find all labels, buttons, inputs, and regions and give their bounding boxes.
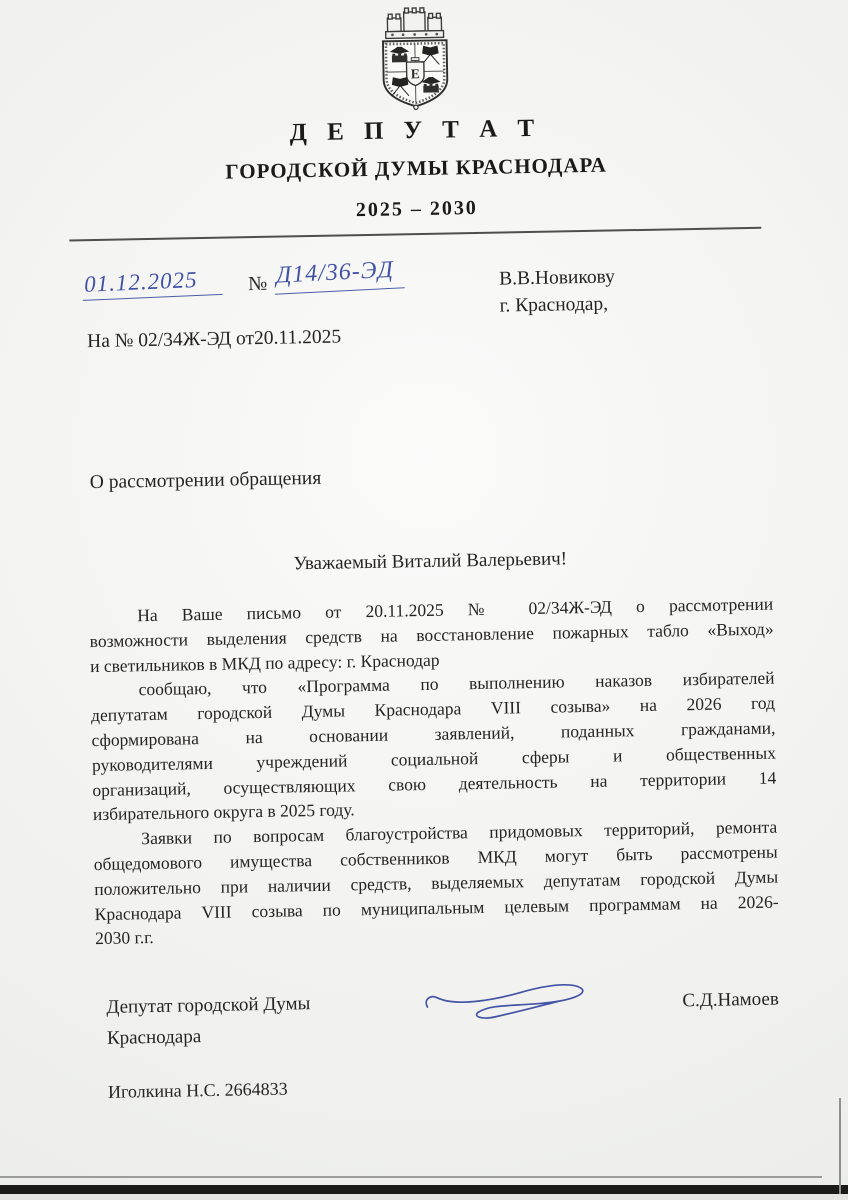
coat-of-arms-icon: Е [351, 5, 479, 113]
body-paragraph: сообщаю, что «Программа по выполнению на… [90, 666, 777, 827]
signer-role-line2: Краснодара [107, 1019, 311, 1054]
recipient-block: В.В.Новикову г. Краснодар, [499, 263, 616, 319]
signer-role: Депутат городской Думы Краснодара [106, 988, 311, 1054]
letterhead-divider [69, 227, 761, 242]
letterhead-term: 2025 – 2030 [0, 190, 841, 229]
letterhead-title: Д Е П У Т А Т [0, 109, 840, 153]
scan-artifact-horizontal-line [0, 1176, 822, 1178]
letter-content: Е Д Е П У Т А Т ГОРОДСКОЙ ДУМЫ КРАСНОДАР… [0, 0, 848, 1200]
body-paragraph: На Ваше письмо от 20.11.2025 № 02/34Ж-ЭД… [89, 592, 774, 679]
scanned-letter-page: Е Д Е П У Т А Т ГОРОДСКОЙ ДУМЫ КРАСНОДАР… [0, 0, 848, 1200]
letterhead-subtitle: ГОРОДСКОЙ ДУМЫ КРАСНОДАРА [0, 148, 840, 189]
number-sign: № [248, 273, 268, 296]
scan-artifact-right-edge [839, 1098, 841, 1194]
handwritten-date: 01.12.2025 [82, 266, 223, 301]
recipient-name: В.В.Новикову [499, 263, 615, 292]
handwritten-doc-number: Д14/36-ЭД [273, 256, 404, 294]
salutation: Уважаемый Виталий Валерьевич! [88, 545, 772, 580]
scan-artifact-bottom-margin [0, 1194, 848, 1200]
recipient-city: г. Краснодар, [499, 290, 615, 319]
body-paragraph: Заявки по вопросам благоустройства придо… [93, 815, 779, 951]
letter-body: На Ваше письмо от 20.11.2025 № 02/34Ж-ЭД… [89, 592, 779, 952]
signer-name: С.Д.Намоев [682, 989, 779, 1013]
reply-reference: На № 02/34Ж-ЭД от20.11.2025 [87, 326, 341, 353]
signer-role-line1: Депутат городской Думы [106, 988, 310, 1023]
executor-line: Иголкина Н.С. 2664833 [108, 1079, 288, 1103]
signature-stroke [419, 973, 600, 1031]
subject-line: О рассмотрении обращения [90, 468, 322, 494]
monogram-letter: Е [411, 66, 420, 81]
scan-artifact-bottom-band [0, 1185, 848, 1194]
